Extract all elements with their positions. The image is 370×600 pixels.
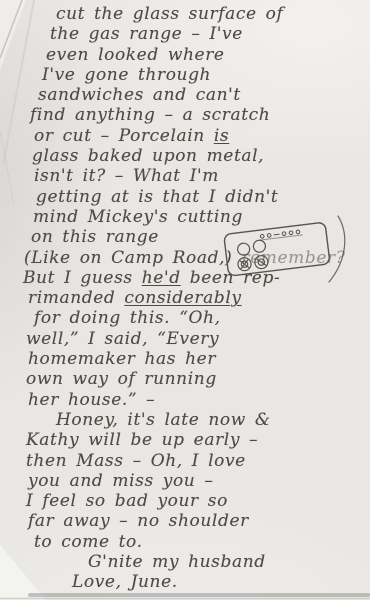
- letter-line: I've gone through: [42, 65, 370, 85]
- letter-text: isn't it? – What I'm: [34, 166, 219, 186]
- letter-line: own way of running: [26, 369, 370, 389]
- letter-body: cut the glass surface ofthe gas range – …: [0, 4, 370, 593]
- letter-text: cut the glass surface of: [56, 4, 283, 24]
- letter-text: I've gone through: [42, 65, 211, 85]
- letter-text: been rep-: [181, 268, 281, 288]
- letter-text: sandwiches and can't: [38, 85, 241, 105]
- letter-line: homemaker has her: [28, 349, 370, 369]
- letter-text: to come to.: [34, 532, 143, 552]
- letter-line: find anything – a scratch: [30, 105, 370, 125]
- letter-text: Honey, it's late now &: [56, 410, 271, 430]
- letter-text: on this range: [31, 227, 159, 247]
- letter-text: then Mass – Oh, I love: [26, 451, 246, 471]
- letter-line: on this range: [31, 227, 370, 247]
- letter-line: getting at is that I didn't: [36, 187, 370, 207]
- letter-text: glass baked upon metal,: [32, 146, 264, 166]
- letter-line: Honey, it's late now &: [56, 410, 370, 430]
- letter-line: But I guess he'd been rep-: [23, 268, 370, 288]
- letter-text: (Like on Camp Road,): [24, 248, 241, 268]
- letter-line: G'nite my husband: [88, 552, 370, 572]
- letter-text: Love, June.: [72, 572, 178, 592]
- letter-line: to come to.: [34, 532, 370, 552]
- letter-text: her house.” –: [28, 390, 155, 410]
- letter-line: rimanded considerably: [28, 288, 370, 308]
- letter-text: I feel so bad your so: [26, 491, 228, 511]
- letter-line: or cut – Porcelain is: [34, 126, 370, 146]
- letter-line: isn't it? – What I'm: [34, 166, 370, 186]
- letter-text: remember?: [241, 248, 345, 268]
- letter-line: far away – no shoulder: [28, 511, 370, 531]
- letter-line: cut the glass surface of: [56, 4, 370, 24]
- letter-text: even looked where: [46, 45, 225, 65]
- letter-text: far away – no shoulder: [28, 511, 249, 531]
- letter-text: find anything – a scratch: [30, 105, 270, 125]
- letter-text: own way of running: [26, 369, 217, 389]
- letter-text: or cut – Porcelain: [34, 126, 214, 146]
- letter-text: homemaker has her: [28, 349, 216, 369]
- letter-line: well,” I said, “Every: [26, 329, 370, 349]
- letter-line: sandwiches and can't: [38, 85, 370, 105]
- letter-text: is: [214, 126, 229, 146]
- letter-line: her house.” –: [28, 390, 370, 410]
- letter-text: rimanded: [28, 288, 124, 308]
- letter-line: Kathy will be up early –: [26, 430, 370, 450]
- letter-line: for doing this. “Oh,: [34, 308, 370, 328]
- letter-text: considerably: [124, 288, 241, 308]
- letter-line: (Like on Camp Road,) remember?: [24, 248, 370, 268]
- letter-text: well,” I said, “Every: [26, 329, 219, 349]
- letter-line: glass baked upon metal,: [32, 146, 370, 166]
- letter-line: even looked where: [46, 45, 370, 65]
- letter-text: mind Mickey's cutting: [33, 207, 243, 227]
- letter-line: then Mass – Oh, I love: [26, 451, 370, 471]
- letter-text: But I guess: [23, 268, 142, 288]
- letter-text: for doing this. “Oh,: [34, 308, 221, 328]
- letter-text: getting at is that I didn't: [36, 187, 278, 207]
- letter-line: Love, June.: [72, 572, 370, 592]
- letter-text: the gas range – I've: [50, 24, 243, 44]
- letter-line: you and miss you –: [28, 471, 370, 491]
- letter-line: the gas range – I've: [50, 24, 370, 44]
- letter-page: cut the glass surface ofthe gas range – …: [0, 0, 370, 600]
- letter-text: you and miss you –: [28, 471, 213, 491]
- letter-text: he'd: [142, 268, 181, 288]
- letter-line: mind Mickey's cutting: [33, 207, 370, 227]
- letter-text: Kathy will be up early –: [26, 430, 258, 450]
- letter-text: G'nite my husband: [88, 552, 266, 572]
- letter-line: I feel so bad your so: [26, 491, 370, 511]
